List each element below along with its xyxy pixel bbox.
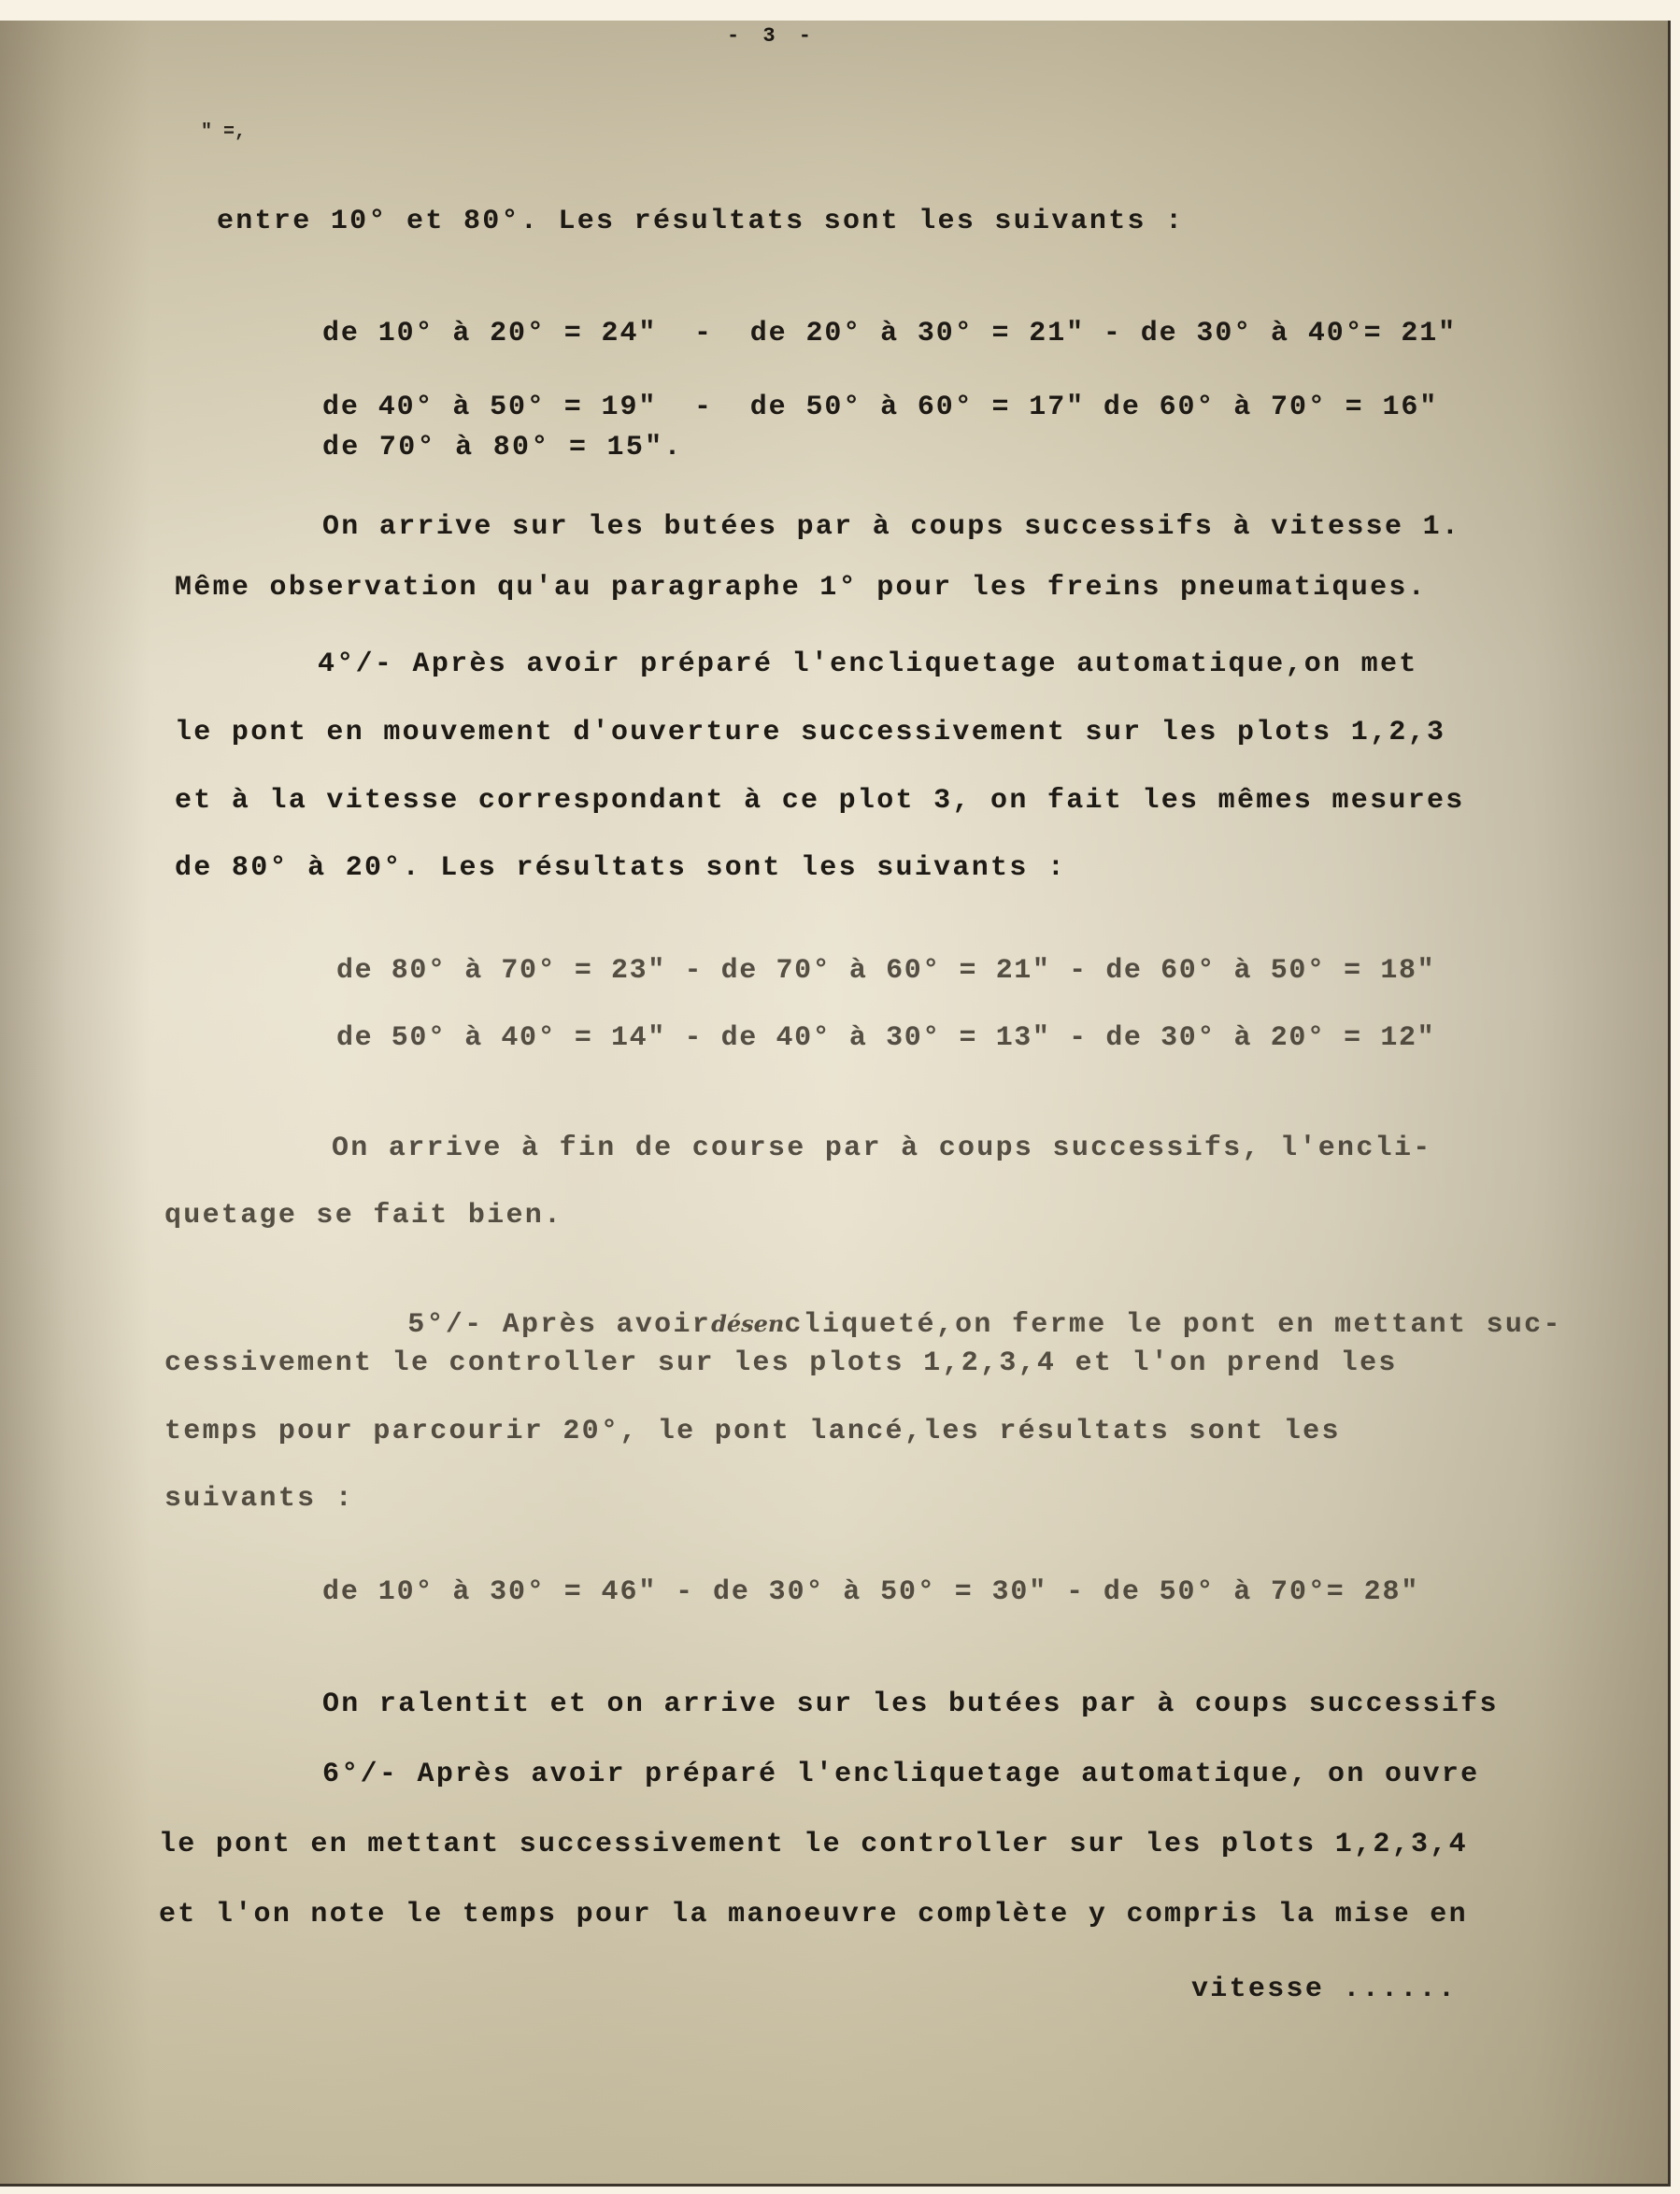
text-line: entre 10° et 80°. Les résultats sont les… bbox=[217, 206, 1184, 237]
text-line: On arrive sur les butées par à coups suc… bbox=[322, 511, 1460, 543]
text-line: cessivement le controller sur les plots … bbox=[164, 1347, 1398, 1379]
page-number: - 3 - bbox=[727, 24, 817, 48]
text-line: vitesse ...... bbox=[1191, 1973, 1457, 2005]
text-line: et à la vitesse correspondant à ce plot … bbox=[175, 785, 1465, 817]
text-segment: cliqueté,on ferme le pont en mettant suc… bbox=[784, 1309, 1561, 1341]
results-line: de 70° à 80° = 15". bbox=[322, 432, 683, 463]
text-line: quetage se fait bien. bbox=[164, 1200, 562, 1232]
text-line: On arrive à fin de course par à coups su… bbox=[332, 1133, 1432, 1164]
text-line: de 80° à 20°. Les résultats sont les sui… bbox=[175, 852, 1066, 884]
margin-mark: " =, bbox=[201, 121, 246, 143]
text-line: suivants : bbox=[164, 1483, 354, 1515]
text-line: temps pour parcourir 20°, le pont lancé,… bbox=[164, 1416, 1341, 1447]
paragraph-6-heading-line: 6°/- Après avoir préparé l'encliquetage … bbox=[322, 1759, 1479, 1790]
results-line: de 10° à 30° = 46" - de 30° à 50° = 30" … bbox=[322, 1576, 1419, 1608]
results-line: de 50° à 40° = 14" - de 40° à 30° = 13" … bbox=[336, 1022, 1435, 1054]
text-line: On ralentit et on arrive sur les butées … bbox=[322, 1688, 1499, 1720]
text-line: le pont en mouvement d'ouverture success… bbox=[175, 717, 1445, 748]
handwritten-insert: désen bbox=[711, 1310, 784, 1337]
results-line: de 10° à 20° = 24" - de 20° à 30° = 21" … bbox=[322, 318, 1457, 349]
text-line: et l'on note le temps pour la manoeuvre … bbox=[159, 1899, 1468, 1930]
scanned-page: - 3 - " =, entre 10° et 80°. Les résulta… bbox=[0, 21, 1671, 2187]
text-line: le pont en mettant successivement le con… bbox=[159, 1829, 1468, 1860]
text-segment: 5°/- Après avoir bbox=[407, 1309, 711, 1341]
results-line: de 40° à 50° = 19" - de 50° à 60° = 17" … bbox=[322, 392, 1438, 423]
text-line: Même observation qu'au paragraphe 1° pou… bbox=[175, 572, 1427, 604]
results-line: de 80° à 70° = 23" - de 70° à 60° = 21" … bbox=[336, 955, 1435, 987]
paragraph-4-heading-line: 4°/- Après avoir préparé l'encliquetage … bbox=[318, 648, 1418, 680]
